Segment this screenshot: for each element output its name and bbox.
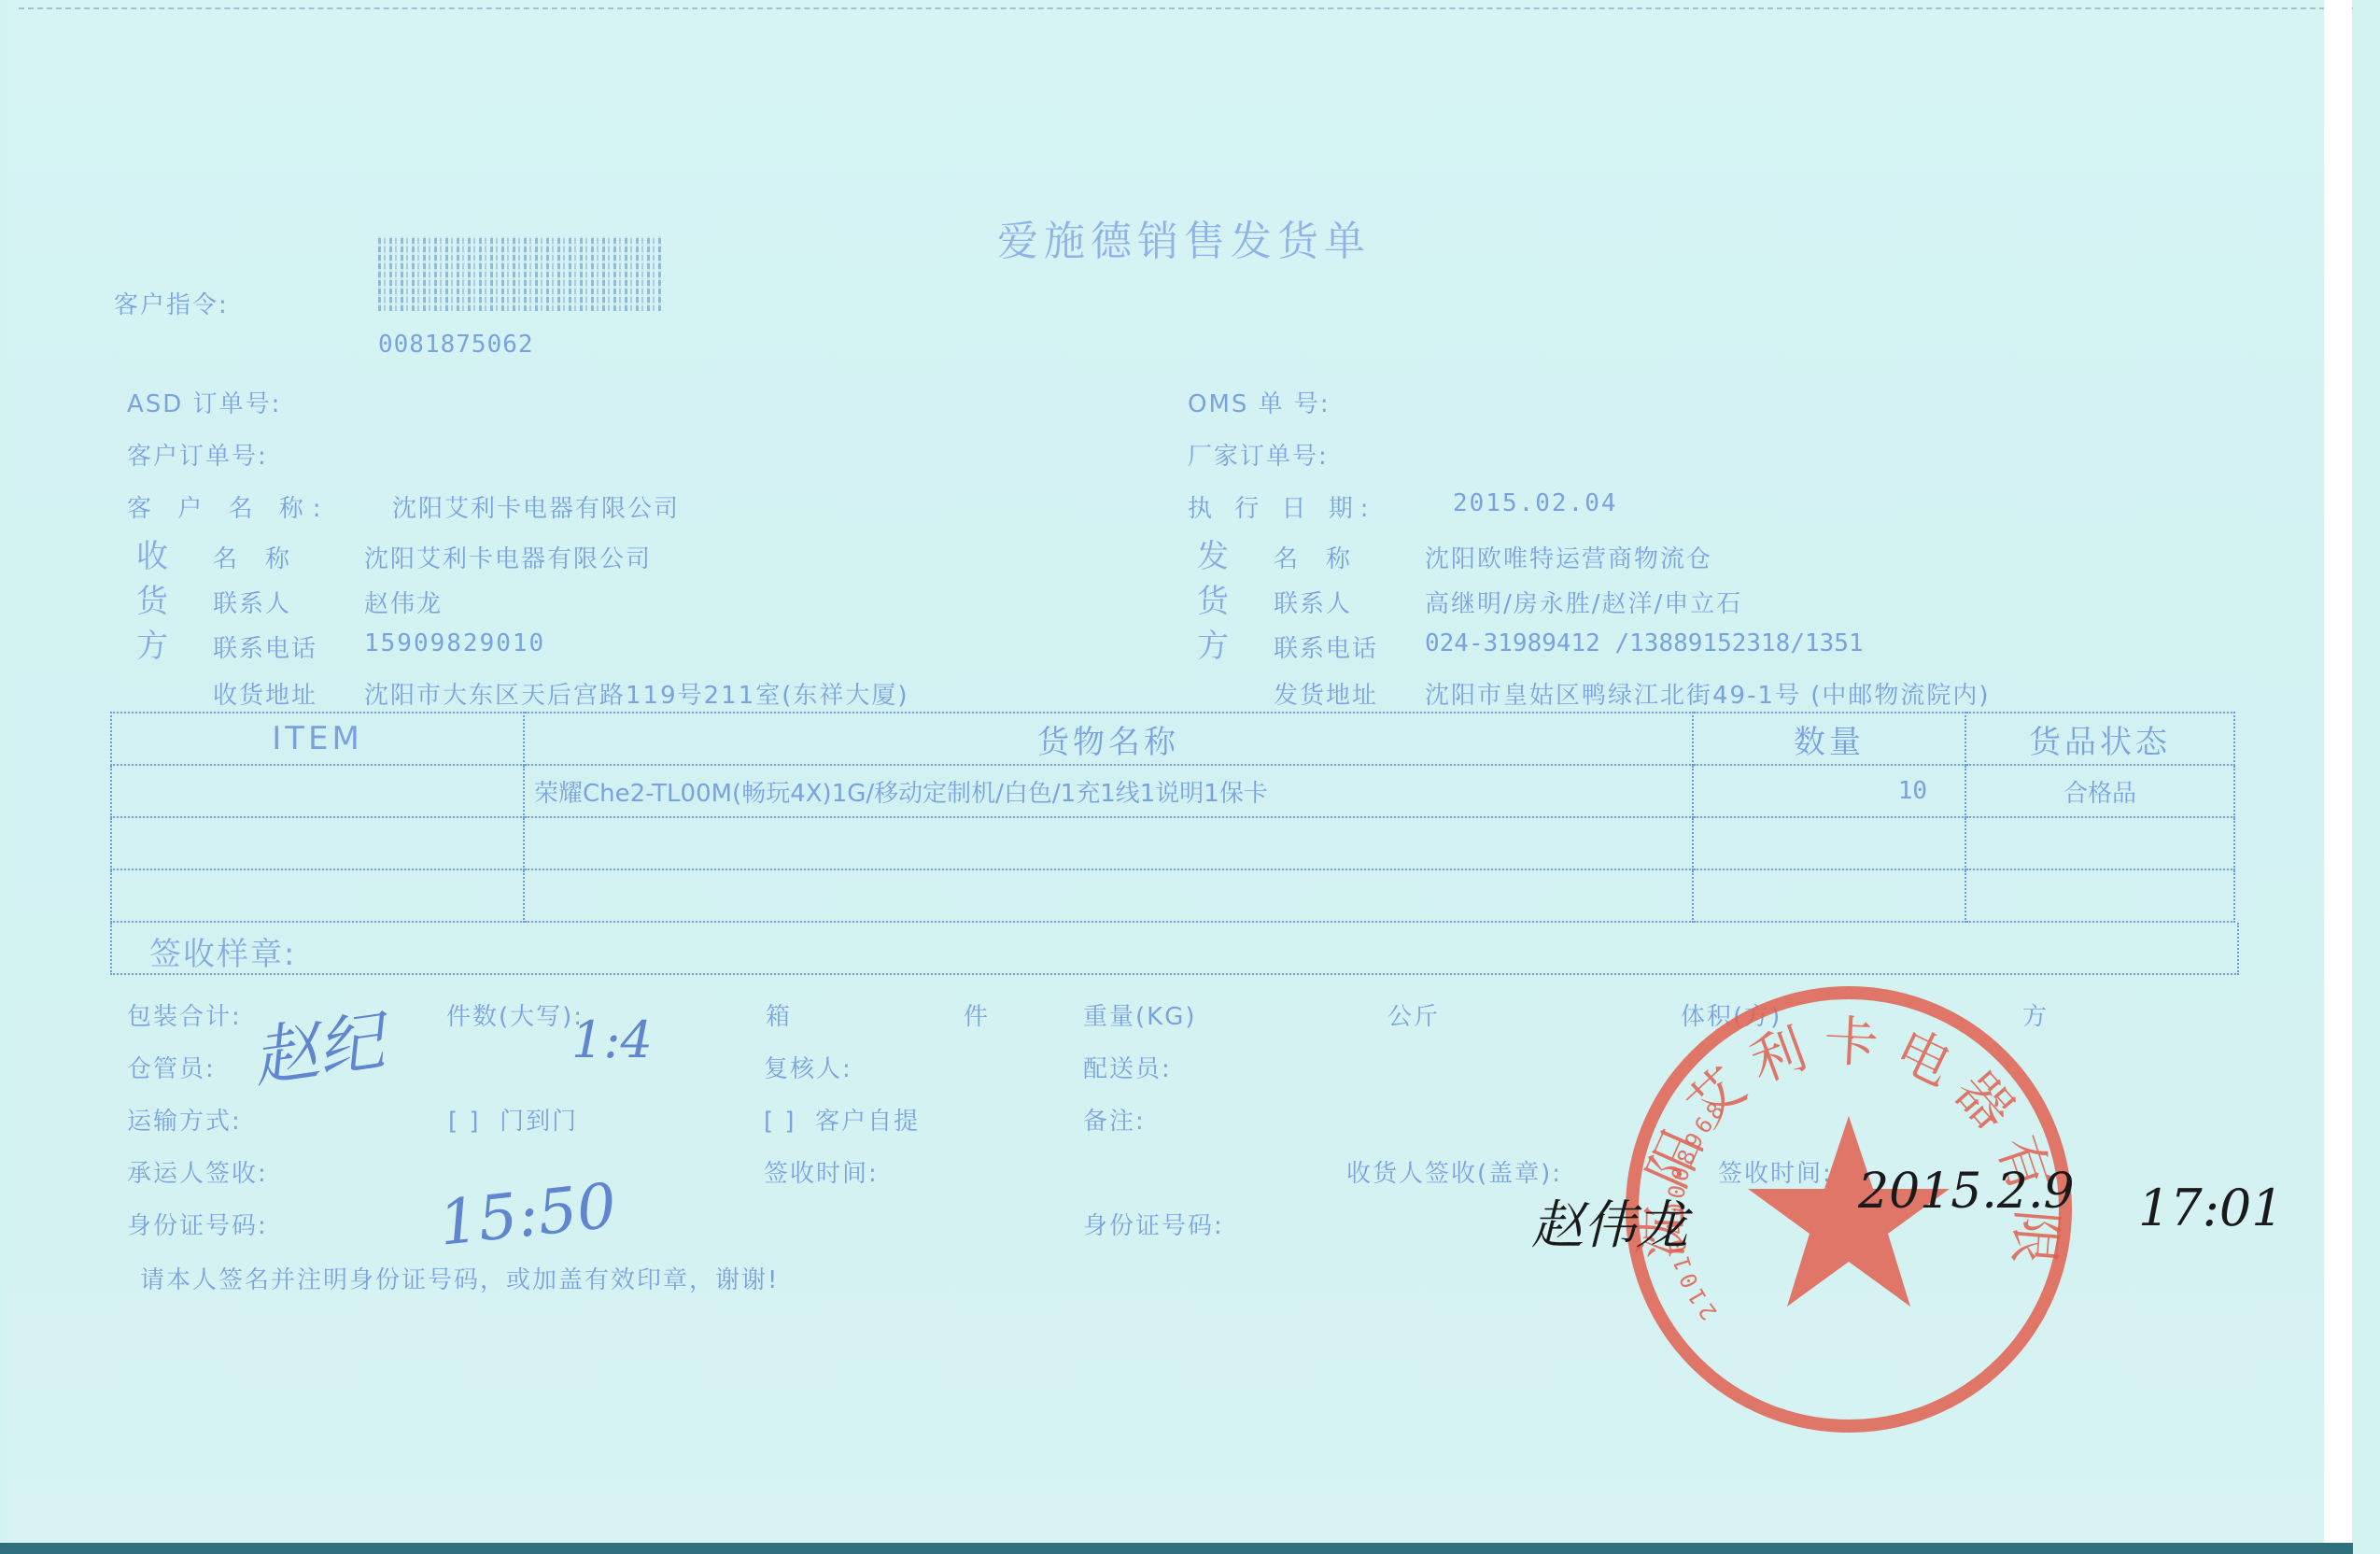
cell-quantity: 10: [1693, 765, 1965, 817]
piece-count-label: 件数(大写):: [446, 997, 584, 1032]
sender-address-value: 沈阳市皇姑区鸭绿江北街49-1号 (中邮物流院内): [1425, 676, 1991, 711]
exec-date-value: 2015.02.04: [1453, 489, 1618, 517]
barcode-icon: [378, 236, 663, 311]
goods-table-header: ITEM 货物名称 数量 货品状态: [111, 713, 2234, 765]
piece-count-handwritten: 1:4: [571, 1010, 653, 1069]
vendor-order-label: 厂家订单号:: [1188, 437, 1329, 472]
cell-goods-name: [524, 869, 1693, 922]
sender-name-label: 名 称: [1274, 540, 1352, 574]
receiver-address-value: 沈阳市大东区天后宫路119号211室(东祥大厦): [364, 676, 909, 711]
cell-quantity: [1693, 869, 1965, 922]
sender-name-value: 沈阳欧唯特运营商物流仓: [1425, 540, 1712, 574]
receiver-signature: 赵伟龙: [1531, 1184, 1688, 1259]
goods-table: ITEM 货物名称 数量 货品状态 荣耀Che2-TL00M(畅玩4X)1G/移…: [110, 712, 2235, 923]
scan-margin: [2324, 0, 2352, 1554]
table-row: [111, 869, 2234, 922]
customer-name-label: 客 户 名 称:: [127, 489, 331, 524]
customer-order-label: 客户订单号:: [127, 437, 268, 472]
sender-side-char-3: 方: [1197, 620, 1229, 666]
transport-option-door-checkbox[interactable]: [ ] 门到门: [448, 1102, 578, 1137]
oms-label: OMS 单 号:: [1188, 385, 1331, 419]
cell-goods-name: 荣耀Che2-TL00M(畅玩4X)1G/移动定制机/白色/1充1线1说明1保卡: [524, 765, 1693, 817]
receiver-phone-value: 15909829010: [364, 629, 545, 657]
cell-quantity: [1693, 817, 1965, 869]
table-row: 荣耀Che2-TL00M(畅玩4X)1G/移动定制机/白色/1充1线1说明1保卡…: [111, 765, 2234, 817]
sign-sample-row: 签收样章:: [110, 923, 2239, 975]
receiver-name-value: 沈阳艾利卡电器有限公司: [364, 540, 652, 574]
receiver-side-char-2: 货: [136, 575, 168, 621]
cell-item: [111, 869, 524, 922]
cell-status: 合格品: [1965, 765, 2234, 817]
cell-goods-name: [524, 817, 1693, 869]
dispatcher-label: 配送员:: [1083, 1050, 1172, 1084]
sign-time-label: 签收时间:: [764, 1154, 879, 1189]
remark-label: 备注:: [1083, 1102, 1146, 1137]
receive-time-handwritten: 17:01: [2138, 1179, 2284, 1237]
exec-date-label: 执 行 日 期:: [1188, 489, 1376, 524]
package-total-label: 包装合计:: [127, 997, 242, 1032]
scan-bottom-edge: [0, 1543, 2353, 1554]
document-title: 爱施德销售发货单: [997, 207, 1371, 267]
warehouse-keeper-label: 仓管员:: [127, 1050, 216, 1084]
cell-item: [111, 817, 524, 869]
cell-status: [1965, 869, 2234, 922]
weight-label: 重量(KG): [1083, 997, 1197, 1032]
customer-name-value: 沈阳艾利卡电器有限公司: [392, 489, 680, 524]
receiver-address-label: 收货地址: [213, 676, 317, 711]
sender-address-label: 发货地址: [1274, 676, 1378, 711]
receiver-name-label: 名 称: [213, 540, 291, 574]
cell-item: [111, 765, 524, 817]
asd-order-label: ASD 订单号:: [127, 385, 281, 419]
receiver-side-char-3: 方: [136, 620, 168, 666]
col-status: 货品状态: [1965, 713, 2234, 765]
col-goods-name: 货物名称: [524, 713, 1693, 765]
customer-instruction-number: 0081875062: [378, 331, 534, 359]
cell-status: [1965, 817, 2234, 869]
carrier-sign-label: 承运人签收:: [127, 1154, 268, 1189]
receiver-side-char-1: 收: [136, 530, 168, 576]
col-item: ITEM: [111, 713, 524, 765]
weight-unit: 公斤: [1387, 997, 1440, 1032]
perforation-edge: [19, 7, 2353, 9]
warehouse-signature: 赵纪: [246, 989, 389, 1101]
sender-contact-value: 高继明/房永胜/赵洋/申立石: [1425, 585, 1742, 619]
footer-notice: 请本人签名并注明身份证号码，或加盖有效印章，谢谢!: [140, 1261, 779, 1295]
reviewer-label: 复核人:: [764, 1050, 852, 1084]
transport-label: 运输方式:: [127, 1102, 242, 1137]
receive-date-handwritten: 2015.2.9: [1858, 1164, 2075, 1220]
sender-phone-value: 024-31989412 /13889152318/1351: [1425, 629, 1864, 657]
id-number-label-right: 身份证号码:: [1083, 1207, 1224, 1241]
box-label: 箱: [766, 997, 792, 1032]
piece-label: 件: [964, 997, 990, 1032]
table-row: [111, 817, 2234, 869]
sender-side-char-1: 发: [1197, 530, 1229, 576]
receiver-phone-label: 联系电话: [213, 629, 317, 664]
transport-option-pickup-checkbox[interactable]: [ ] 客户自提: [764, 1102, 920, 1137]
col-quantity: 数量: [1693, 713, 1965, 765]
id-number-label: 身份证号码:: [127, 1207, 268, 1241]
customer-instruction-label: 客户指令:: [114, 286, 229, 320]
sign-sample-label: 签收样章:: [149, 928, 296, 974]
receiver-sign-label: 收货人签收(盖章):: [1346, 1154, 1562, 1189]
sender-contact-label: 联系人: [1274, 585, 1352, 619]
receiver-contact-value: 赵伟龙: [364, 585, 443, 619]
receiver-contact-label: 联系人: [213, 585, 291, 619]
sender-side-char-2: 货: [1197, 575, 1229, 621]
sender-phone-label: 联系电话: [1274, 629, 1378, 664]
